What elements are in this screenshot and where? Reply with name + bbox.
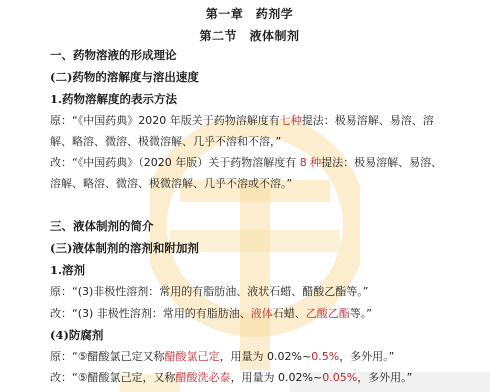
heading-solubility-dissolution: (二)药物的溶解度与溶出速度 xyxy=(50,69,199,85)
text-segment: 原：“《中国药典》2020 年版关于药物溶解度有 xyxy=(50,114,280,127)
text-segment: ，用量为 0.02%~ xyxy=(220,350,312,363)
original-text-nonpolar-solvent: 原：“(3)非极性溶剂：常用的有脂肪油、液状石蜡、醋酸乙酯等。” xyxy=(50,284,368,300)
heading-solvents-additives: (三)液体制剂的溶剂和附加剂 xyxy=(50,240,199,256)
text-segment: 等。” xyxy=(350,307,372,320)
text-segment: 原：“⑤醋酸氯己定又称 xyxy=(50,350,165,363)
revised-text-chlorhexidine: 改：“⑤醋酸氯己定，又称醋酸洗必泰，用量为 0.02%~0.05%，多外用。” xyxy=(50,370,412,386)
revised-text-nonpolar-solvent: 改：“(3) 非极性溶剂：常用的有脂肪油、液体石蜡、乙酸乙酯等。” xyxy=(50,306,372,322)
highlight-text: 七种 xyxy=(280,114,302,127)
highlight-text: 乙酸乙酯 xyxy=(306,307,350,320)
heading-solvents: 1.溶剂 xyxy=(50,262,85,278)
highlight-text: 0.5% xyxy=(311,350,339,363)
highlight-text: 醋酸氯己定 xyxy=(165,350,220,363)
chapter-title: 第一章 药剂学 xyxy=(0,5,499,22)
text-segment: 改：“《中国药典》（2020 年版）关于药物溶解度有 xyxy=(50,156,300,169)
highlight-text: 液体 xyxy=(251,307,273,320)
section-title: 第二节 液体制剂 xyxy=(0,27,499,44)
original-text-solubility-line2: 解、略溶、微溶、极微溶解、几乎不溶和不溶，” xyxy=(50,134,281,150)
text-segment: 提法：极易溶解、易溶、溶 xyxy=(302,114,434,127)
heading-liquid-preparations-intro: 三、液体制剂的简介 xyxy=(50,218,154,234)
text-segment: 石蜡、 xyxy=(273,307,306,320)
text-segment: ，多外用。” xyxy=(339,350,394,363)
text-segment: 提法：极易溶解、易溶、 xyxy=(321,156,442,169)
text-segment: ，用量为 0.02%~ xyxy=(231,371,323,384)
highlight-text: 8 种 xyxy=(300,156,322,169)
revised-text-solubility-line1: 改：“《中国药典》（2020 年版）关于药物溶解度有 8 种提法：极易溶解、易溶… xyxy=(50,155,442,171)
highlight-text: 醋酸洗必泰 xyxy=(176,371,231,384)
text-segment: 改：“(3) 非极性溶剂：常用的有脂肪油、 xyxy=(50,307,251,320)
heading-preservatives: (4)防腐剂 xyxy=(50,327,103,343)
text-segment: 改：“⑤醋酸氯己定，又称 xyxy=(50,371,176,384)
heading-solubility-expression: 1.药物溶解度的表示方法 xyxy=(50,91,177,107)
original-text-solubility-line1: 原：“《中国药典》2020 年版关于药物溶解度有七种提法：极易溶解、易溶、溶 xyxy=(50,113,434,129)
heading-solution-theory: 一、药物溶液的形成理论 xyxy=(50,47,177,63)
highlight-text: 0.05% xyxy=(322,371,357,384)
revised-text-solubility-line2: 溶解、略溶、微溶、极微溶解、几乎不溶或不溶。” xyxy=(50,176,292,192)
original-text-chlorhexidine: 原：“⑤醋酸氯己定又称醋酸氯己定，用量为 0.02%~0.5%，多外用。” xyxy=(50,349,394,365)
text-segment: ，多外用。” xyxy=(357,371,412,384)
